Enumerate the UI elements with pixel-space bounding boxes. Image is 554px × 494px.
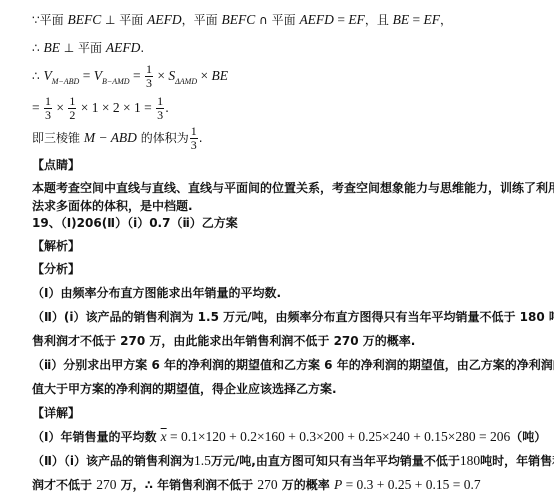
fraction-one-third: 13 bbox=[190, 125, 198, 152]
fenxi-part-2-line-1: （Ⅱ）(ⅰ）该产品的销售利润为 1.5 万元/吨，由频率分布直方图得只有当年平均… bbox=[32, 309, 554, 325]
proof-line-3-volume-formula: ∴ VM−ABD = VB−AMD = 13 × SΔAMD × BE bbox=[32, 62, 228, 92]
xiangjie-part-2-line-2: 润才不低于 270 万，∴ 年销售利润不低于 270 万的概率 P = 0.3 … bbox=[32, 477, 481, 493]
therefore-symbol: ∴ bbox=[32, 41, 43, 55]
proof-conclusion: 即三棱锥 M − ABD 的体积为13. bbox=[32, 124, 203, 152]
dianjing-paragraph-line-1: 本题考查空间中直线与直线、直线与平面间的位置关系，考查空间想象能力与思维能力，训… bbox=[32, 180, 554, 196]
fenxi-part-3-line-2: 值大于甲方案的净利润的期望值，得企业应该选择乙方案. bbox=[32, 381, 337, 397]
because-symbol: ∵ bbox=[32, 13, 40, 27]
proof-line-4-computation: = 13 × 12 × 1 × 2 × 1 = 13. bbox=[32, 94, 169, 122]
fenxi-part-2-line-2: 售利润才不低于 270 万，由此能求出年销售利润不低于 270 万的概率. bbox=[32, 333, 415, 349]
fraction-one-third: 13 bbox=[44, 95, 52, 122]
section-heading-dianjing: 【点睛】 bbox=[32, 157, 80, 173]
fraction-one-half: 12 bbox=[68, 95, 76, 122]
fenxi-part-3-line-1: （ⅱ）分别求出甲方案 6 年的净利润的期望值和乙方案 6 年的净利润的期望值，由… bbox=[32, 357, 554, 373]
xiangjie-part-1-mean: （Ⅰ）年销售量的平均数 x = 0.1×120 + 0.2×160 + 0.3×… bbox=[32, 429, 546, 445]
section-heading-jiexi: 【解析】 bbox=[32, 238, 80, 254]
fraction-one-third: 13 bbox=[145, 63, 153, 90]
proof-line-2: ∴ BE ⊥ 平面 AEFD. bbox=[32, 40, 144, 56]
proof-line-1: ∵平面 BEFC ⊥ 平面 AEFD，平面 BEFC ∩ 平面 AEFD = E… bbox=[32, 12, 452, 28]
fenxi-part-1: （Ⅰ）由频率分布直方图能求出年销量的平均数. bbox=[32, 285, 281, 301]
section-heading-fenxi: 【分析】 bbox=[32, 261, 80, 277]
dianjing-paragraph-line-2: 法求多面体的体积，是中档题. bbox=[32, 198, 193, 214]
therefore-symbol: ∴ bbox=[32, 69, 43, 83]
section-heading-xiangjie: 【详解】 bbox=[32, 405, 80, 421]
xiangjie-part-2-line-1: （Ⅱ）（ⅰ）该产品的销售利润为1.5万元/吨,由直方图可知只有当年平均销量不低于… bbox=[32, 453, 554, 469]
question-19-answer: 19、（Ⅰ)206(Ⅱ）（ⅰ）0.7（ⅱ）乙方案 bbox=[32, 215, 238, 231]
fraction-one-third: 13 bbox=[156, 95, 164, 122]
